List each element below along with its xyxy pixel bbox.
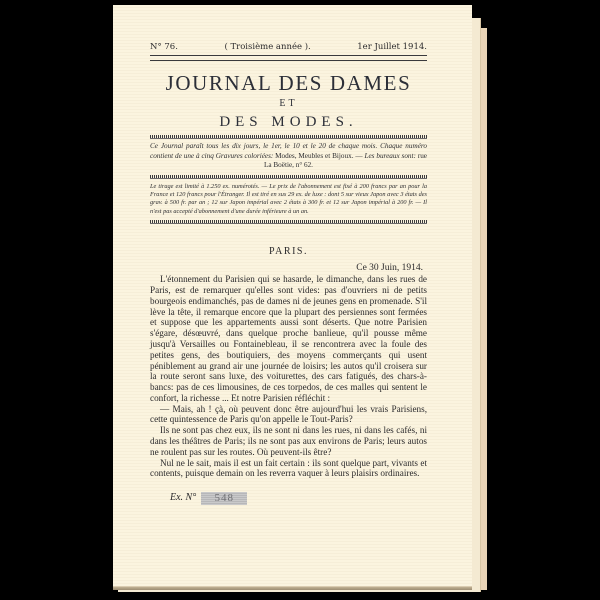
article-body: L'étonnement du Parisien qui se hasarde,…	[150, 274, 427, 479]
deckle-edge	[113, 586, 472, 590]
photo-stage: N° 76. ( Troisième année ). 1er Juillet …	[0, 0, 600, 600]
subscription-terms: Le tirage est limité à 1.250 ex. numérot…	[150, 183, 427, 217]
masthead-subtitle: DES MODES.	[150, 113, 427, 131]
header-double-rule	[150, 55, 427, 61]
journal-page: N° 76. ( Troisième année ). 1er Juillet …	[113, 5, 472, 590]
issue-number: N° 76.	[150, 41, 178, 53]
issue-header: N° 76. ( Troisième année ). 1er Juillet …	[150, 41, 427, 55]
copy-number-label: Ex. N°	[170, 491, 196, 505]
subscription-bottom-rule	[150, 220, 427, 224]
year-label: ( Troisième année ).	[224, 41, 310, 53]
notice-bottom-rule	[150, 175, 427, 179]
notice-roman: Modes, Meubles et Bijoux. —	[273, 152, 364, 160]
article-dateline: Ce 30 Juin, 1914.	[150, 262, 427, 274]
copy-number-stamp: 548	[201, 492, 247, 505]
masthead-title: JOURNAL DES DAMES	[150, 71, 427, 95]
notice-top-rule	[150, 135, 427, 139]
masthead-et: ET	[150, 97, 427, 111]
article-paragraph: Nul ne le sait, mais il est un fait cert…	[150, 458, 427, 480]
notice-italic-2: Les bureaux sont:	[364, 152, 415, 160]
article-paragraph: Ils ne sont pas chez eux, ils ne sont ni…	[150, 425, 427, 457]
article-paragraph: L'étonnement du Parisien qui se hasarde,…	[150, 274, 427, 404]
publication-notice: Ce Journal paraît tous les dix jours, le…	[150, 142, 427, 171]
issue-date: 1er Juillet 1914.	[357, 41, 427, 53]
article-heading: PARIS.	[150, 246, 427, 258]
article-paragraph: — Mais, ah ! çà, où peuvent donc être au…	[150, 404, 427, 426]
page-content: N° 76. ( Troisième année ). 1er Juillet …	[150, 41, 427, 505]
copy-number-row: Ex. N° 548	[170, 491, 427, 505]
